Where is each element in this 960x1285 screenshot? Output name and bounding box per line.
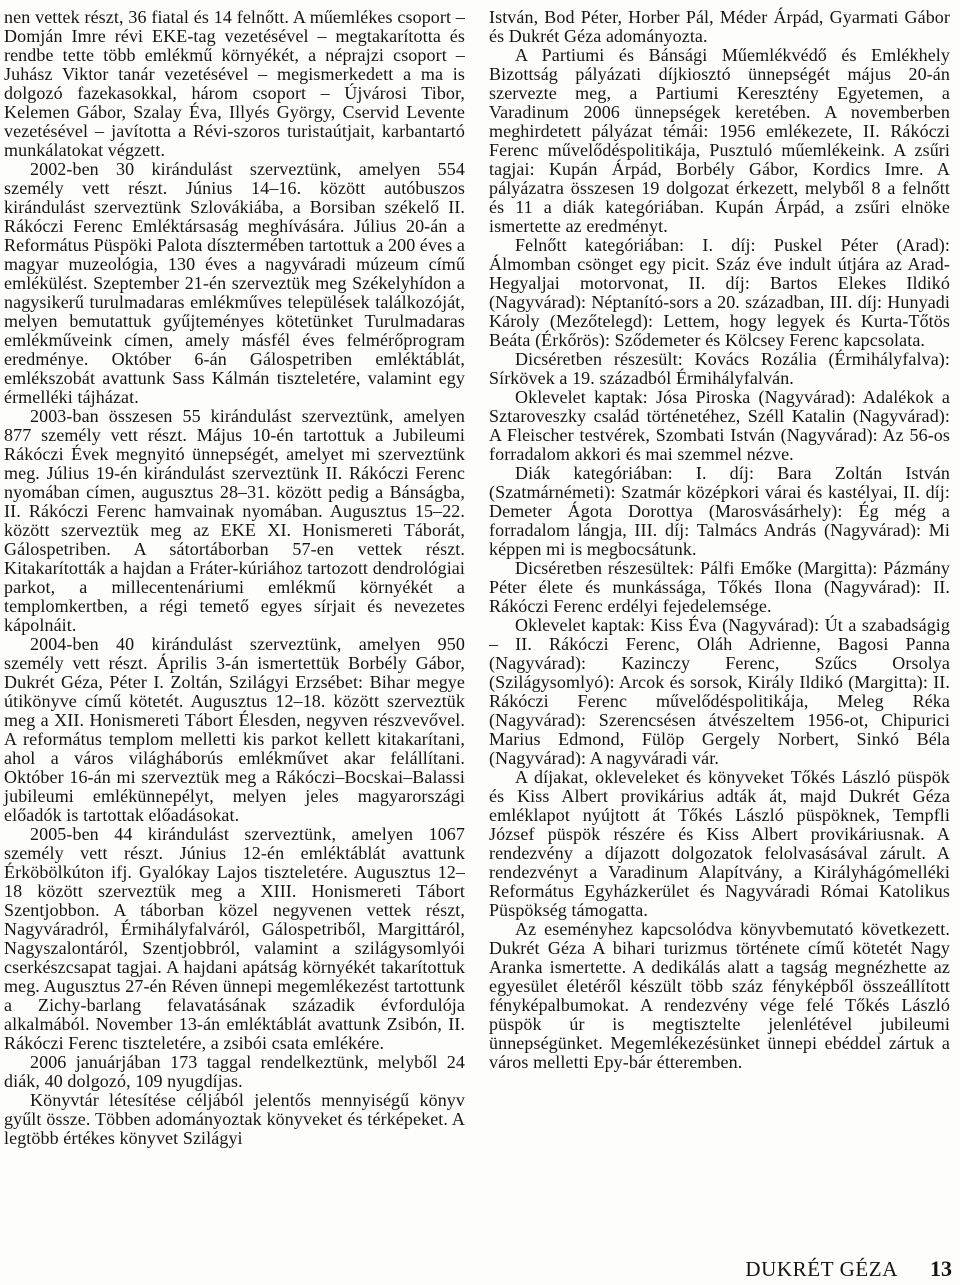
paragraph: Felnőtt kategóriában: I. díj: Puskel Pét…	[489, 236, 950, 350]
page-footer: DUKRÉT GÉZA 13	[745, 1256, 952, 1282]
paragraph: Oklevelet kaptak: Jósa Piroska (Nagyvára…	[489, 388, 950, 464]
paragraph: István, Bod Péter, Horber Pál, Méder Árp…	[489, 8, 950, 46]
paragraph: Dicséretben részesültek: Pálfi Emőke (Ma…	[489, 559, 950, 616]
paragraph: A Partiumi és Bánsági Műemlékvédő és Eml…	[489, 46, 950, 236]
paragraph: Az eseményhez kapcsolódva könyvbemutató …	[489, 920, 950, 1072]
paragraph: 2006 januárjában 173 taggal rendelkeztün…	[4, 1053, 465, 1091]
paragraph: 2005-ben 44 kirándulást szerveztünk, ame…	[4, 825, 465, 1053]
two-column-text-block: nen vettek részt, 36 fiatal és 14 felnőt…	[4, 8, 950, 1148]
paragraph: Dicséretben részesült: Kovács Rozália (É…	[489, 350, 950, 388]
paragraph: 2003-ban összesen 55 kirándulást szervez…	[4, 407, 465, 635]
paragraph: Oklevelet kaptak: Kiss Éva (Nagyvárad): …	[489, 616, 950, 768]
document-page: nen vettek részt, 36 fiatal és 14 felnőt…	[0, 0, 960, 1285]
text-column-left: nen vettek részt, 36 fiatal és 14 felnőt…	[4, 8, 465, 1148]
paragraph: Könyvtár létesítése céljából jelentős me…	[4, 1091, 465, 1148]
paragraph: A díjakat, okleveleket és könyveket Tőké…	[489, 768, 950, 920]
page-number: 13	[930, 1256, 952, 1282]
paragraph: 2004-ben 40 kirándulást szerveztünk, ame…	[4, 635, 465, 825]
paragraph: nen vettek részt, 36 fiatal és 14 felnőt…	[4, 8, 465, 160]
paragraph: 2002-ben 30 kirándulást szerveztünk, ame…	[4, 160, 465, 407]
footer-author: DUKRÉT GÉZA	[745, 1257, 898, 1282]
text-column-right: István, Bod Péter, Horber Pál, Méder Árp…	[489, 8, 950, 1148]
paragraph: Diák kategóriában: I. díj: Bara Zoltán I…	[489, 464, 950, 559]
